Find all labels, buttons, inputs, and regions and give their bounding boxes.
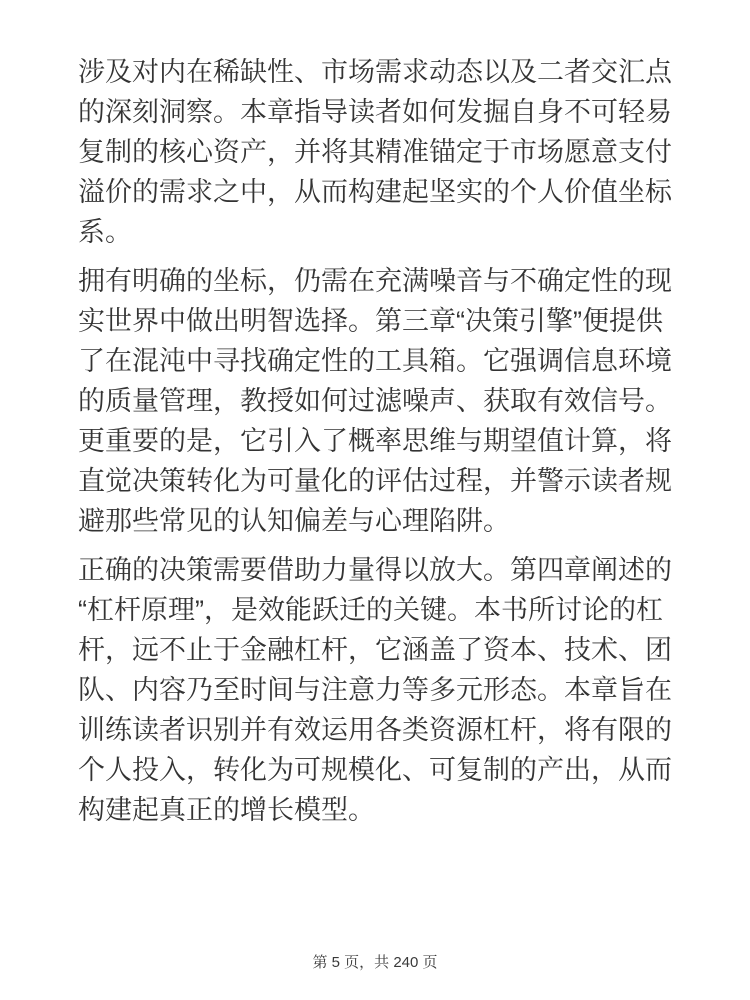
page-body-text: 涉及对内在稀缺性、市场需求动态以及二者交汇点的深刻洞察。本章指导读者如何发掘自身… bbox=[78, 52, 672, 839]
page-number-footer: 第 5 页，共 240 页 bbox=[0, 954, 750, 972]
document-page: 涉及对内在稀缺性、市场需求动态以及二者交汇点的深刻洞察。本章指导读者如何发掘自身… bbox=[0, 0, 750, 1000]
paragraph: 拥有明确的坐标，仍需在充满噪音与不确定性的现实世界中做出明智选择。第三章“决策引… bbox=[78, 261, 672, 541]
paragraph: 正确的决策需要借助力量得以放大。第四章阐述的“杠杆原理”，是效能跃迁的关键。本书… bbox=[78, 550, 672, 830]
paragraph: 涉及对内在稀缺性、市场需求动态以及二者交汇点的深刻洞察。本章指导读者如何发掘自身… bbox=[78, 52, 672, 252]
